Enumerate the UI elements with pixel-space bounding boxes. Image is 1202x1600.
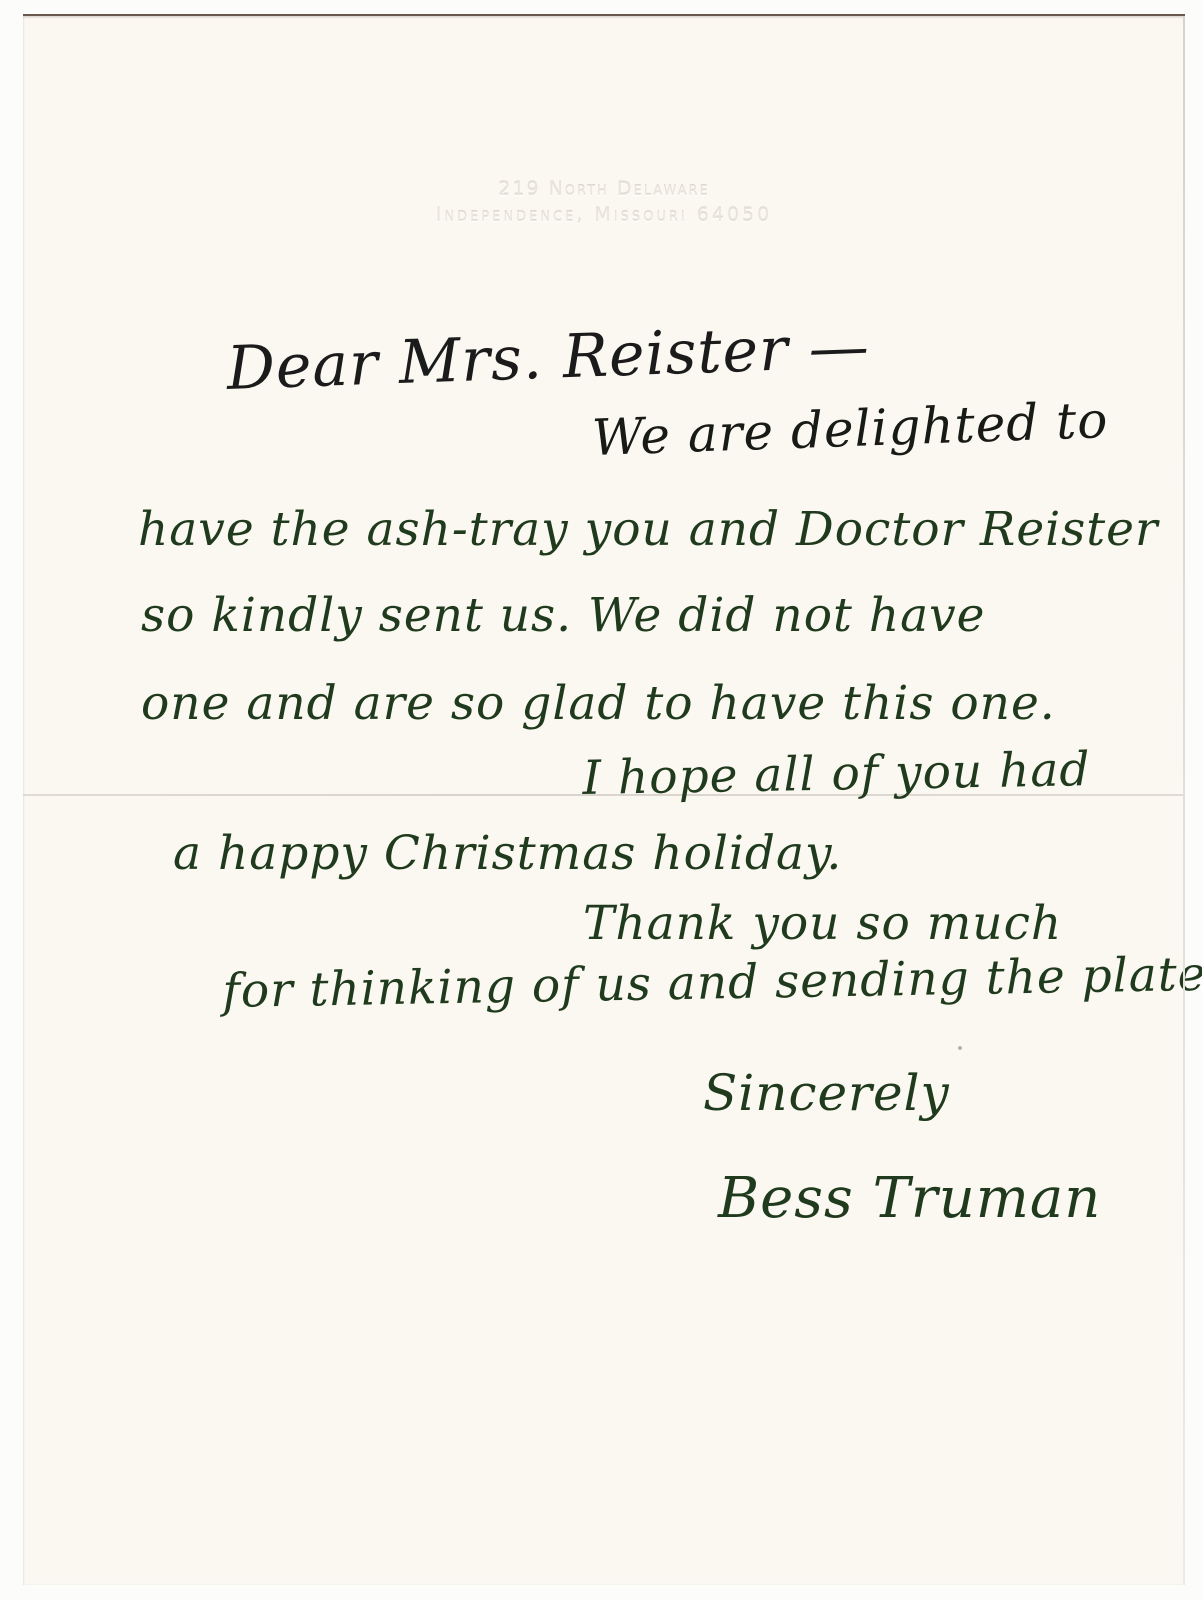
- body-line-8: for thinking of us and sending the plate…: [222, 947, 1202, 1019]
- paper-speck: [958, 1046, 962, 1050]
- body-line-1: We are delighted to: [591, 391, 1109, 467]
- body-line-2: have the ash-tray you and Doctor Reister: [138, 502, 1158, 557]
- body-line-3: so kindly sent us. We did not have: [141, 588, 985, 643]
- letter-paper: 219 North Delaware Independence, Missour…: [23, 14, 1185, 1585]
- salutation: Dear Mrs. Reister —: [226, 312, 871, 404]
- signature: Bess Truman: [718, 1166, 1101, 1231]
- body-line-5: I hope all of you had: [582, 742, 1091, 806]
- closing: Sincerely: [703, 1064, 950, 1122]
- body-line-4: one and are so glad to have this one.: [141, 676, 1056, 731]
- scanned-letter: 219 North Delaware Independence, Missour…: [0, 0, 1202, 1600]
- letterhead-city: Independence, Missouri 64050: [23, 202, 1185, 228]
- letterhead-street: 219 North Delaware: [23, 176, 1185, 202]
- embossed-letterhead: 219 North Delaware Independence, Missour…: [23, 176, 1185, 228]
- body-line-7: Thank you so much: [583, 896, 1062, 951]
- body-line-6: a happy Christmas holiday.: [173, 826, 842, 881]
